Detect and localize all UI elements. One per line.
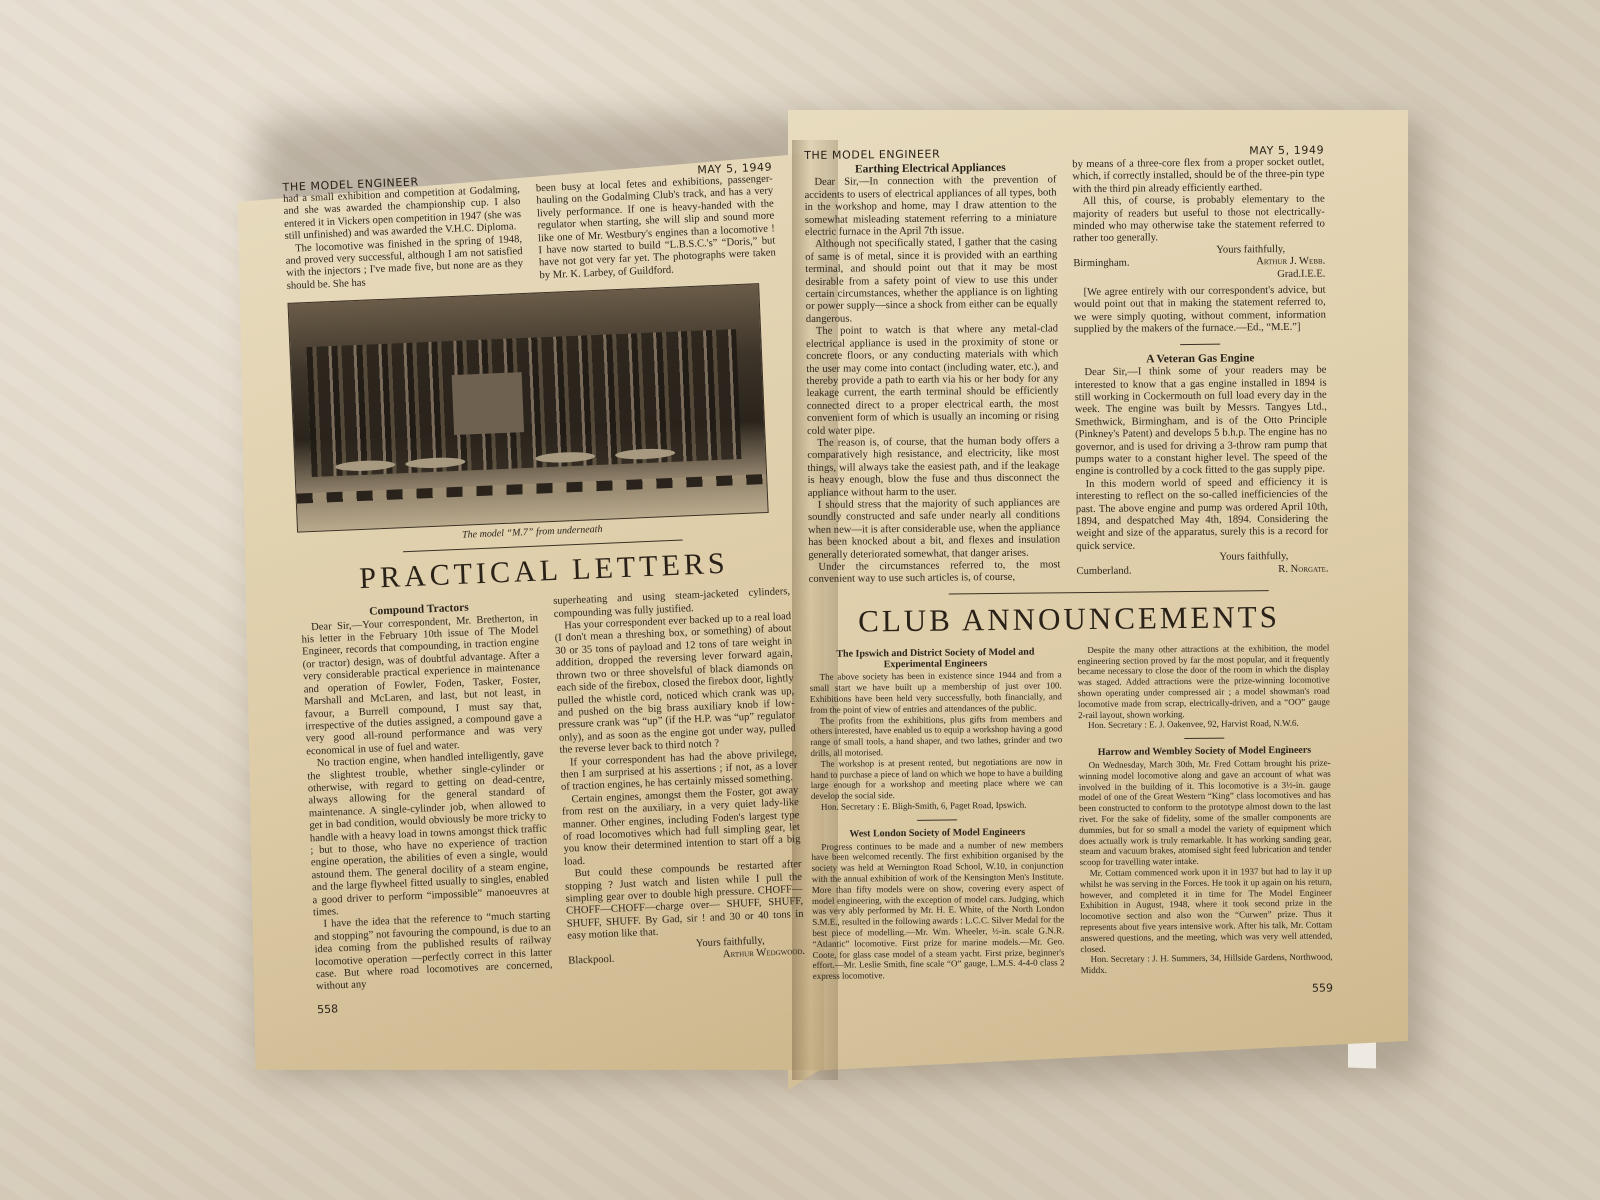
paragraph: Dear Sir,—In connection with the prevent…: [804, 175, 1057, 240]
divider: [1184, 738, 1224, 739]
signature-place: Cumberland.: [1076, 565, 1131, 578]
signature-author: Arthur Wedgwood.: [723, 946, 806, 962]
paragraph: On Wednesday, March 30th, Mr. Fred Cotta…: [1079, 758, 1332, 869]
section-title: CLUB ANNOUNCEMENTS: [809, 598, 1329, 639]
signature-place: Birmingham.: [1073, 258, 1129, 271]
paragraph: But could these compounds be restarted a…: [564, 859, 804, 943]
paragraph: been busy at local fetes and exhibitions…: [536, 173, 777, 282]
club-secretary: Hon. Secretary : J. H. Summers, 34, Hill…: [1081, 952, 1333, 976]
paragraph: The point to watch is that where any met…: [806, 324, 1059, 438]
paragraph: Certain engines, amongst them the Foster…: [561, 785, 801, 869]
letters-top: Earthing Electrical Appliances Dear Sir,…: [804, 157, 1328, 587]
paragraph: by means of a three-core flex from a pro…: [1072, 157, 1324, 197]
right-page-content: THE MODEL ENGINEER MAY 5, 1949 Earthing …: [804, 135, 1333, 1000]
club-secretary: Hon. Secretary : E. Bligh-Smith, 6, Page…: [811, 799, 1063, 812]
paragraph: Dear Sir,—Your correspondent, Mr. Brethe…: [301, 612, 544, 758]
paragraph: The above society has been in existence …: [810, 670, 1062, 716]
letter-compound-tractors: Compound Tractors Dear Sir,—Your corresp…: [300, 586, 807, 1016]
paragraph: The locomotive was finished in the sprin…: [285, 234, 524, 294]
signature-author: Arthur J. Webb.: [1256, 256, 1325, 269]
issue-date: MAY 5, 1949: [1249, 144, 1324, 158]
paragraph: Under the circumstances referred to, the…: [808, 559, 1060, 586]
paragraph: Has your correspondent ever backed up to…: [554, 611, 797, 757]
left-page-content: THE MODEL ENGINEER MAY 5, 1949 had a sma…: [282, 151, 807, 1016]
paragraph: Mr. Cottam commenced work upon it in 193…: [1080, 865, 1333, 954]
paragraph: Despite the many other attractions at th…: [1077, 642, 1330, 720]
paragraph: Progress continues to be made and a numb…: [811, 839, 1064, 982]
signature-author: R. Norgate.: [1278, 563, 1328, 576]
divider: [917, 819, 957, 820]
letter-title: Earthing Electrical Appliances: [804, 161, 1056, 176]
paragraph: I should stress that the majority of suc…: [808, 497, 1061, 562]
club-title: The Ipswich and District Society of Mode…: [809, 647, 1061, 671]
paragraph: Although not specifically stated, I gath…: [805, 237, 1058, 326]
club-announcements: The Ipswich and District Society of Mode…: [809, 642, 1333, 999]
paragraph: Dear Sir,—I think some of your readers m…: [1074, 365, 1327, 479]
intro-text: had a small exhibition and competition a…: [283, 173, 777, 293]
locomotive-photo: [287, 283, 768, 533]
paragraph: All this, of course, is probably element…: [1073, 194, 1326, 246]
editor-note: [We agree entirely with our corresponden…: [1074, 285, 1327, 337]
signature-place: Blackpool.: [568, 954, 615, 968]
divider: [1180, 343, 1220, 344]
paragraph: The reason is, of course, that the human…: [807, 435, 1060, 500]
paragraph: The workshop is at present rented, but n…: [810, 756, 1062, 802]
paragraph: The profits from the exhibitions, plus g…: [810, 713, 1062, 759]
paragraph: No traction engine, when handled intelli…: [307, 749, 551, 920]
letter-title: A Veteran Gas Engine: [1074, 351, 1326, 366]
paragraph: In this modern world of speed and effici…: [1076, 476, 1329, 553]
signature-credentials: Grad.I.E.E.: [1073, 268, 1325, 283]
divider: [949, 590, 1269, 594]
club-secretary: Hon. Secretary : E. J. Oakenvee, 92, Har…: [1078, 718, 1330, 731]
paragraph: I have the idea that the reference to “m…: [313, 910, 553, 994]
